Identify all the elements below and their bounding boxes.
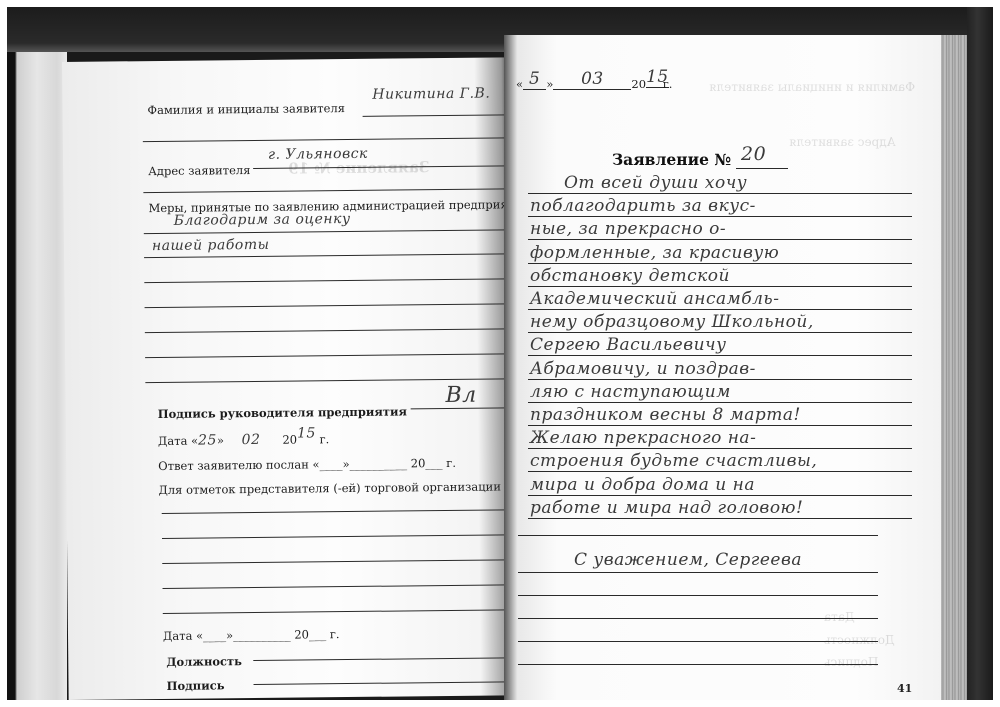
date-close-quote: »	[546, 77, 553, 91]
form-line	[528, 239, 912, 240]
statement-body-line: ные, за прекрасно о-	[530, 219, 726, 239]
form-line	[145, 353, 513, 358]
statement-body-line: Абрамовичу, и поздрав-	[530, 359, 756, 379]
trade-rep-label: Для отметок представителя (-ей) торговой…	[158, 479, 501, 497]
page-number: 41	[897, 682, 912, 695]
date-line: Дата «25» 022015 г.	[158, 431, 329, 449]
form-line	[143, 188, 511, 193]
form-line	[518, 664, 878, 665]
statement-body-line: обстановку детской	[530, 266, 730, 286]
statement-number-line	[736, 168, 788, 169]
form-line	[144, 253, 512, 258]
statement-body-line: Сергею Васильевичу	[530, 335, 727, 355]
date-suffix: г.	[320, 432, 330, 446]
applicant-name-label: Фамилия и инициалы заявителя	[147, 101, 345, 117]
scanned-book-spread: Заявление № 19 Фамилия и инициалы заявит…	[7, 7, 993, 700]
date-year-prefix: 20	[631, 77, 646, 91]
form-line	[411, 407, 514, 409]
statement-body-line: формленные, за красивую	[530, 243, 779, 263]
date-line: «5»032015г.	[516, 73, 678, 94]
applicant-address-label: Адрес заявителя	[148, 163, 250, 178]
reply-sent-label: Ответ заявителю послан «____»__________ …	[158, 456, 456, 473]
form-line	[518, 595, 878, 596]
form-line	[162, 559, 515, 564]
form-line	[528, 402, 912, 403]
form-line	[528, 355, 912, 356]
position-field-line	[253, 657, 516, 661]
closing-signature: С уважением, Сергеева	[574, 550, 802, 570]
bleed-through-label: Должность	[824, 633, 895, 647]
form-line	[528, 263, 912, 264]
form-line	[363, 114, 511, 117]
form-line	[528, 379, 912, 380]
statement-title: Заявление №	[612, 150, 731, 169]
date-month: 03	[553, 69, 631, 90]
date-day: 25	[198, 432, 217, 448]
statement-body-line: ляю с наступающим	[530, 382, 731, 402]
form-line	[528, 518, 912, 519]
statement-body-line: От всей души хочу	[564, 173, 747, 193]
date-label: Дата «	[158, 434, 198, 448]
bleed-through-label: Адрес заявителя	[789, 135, 896, 149]
statement-body-line: нему образцовому Школьной,	[530, 312, 814, 332]
measures-value-line-1: Благодарим за оценку	[174, 211, 351, 229]
form-line	[528, 216, 912, 217]
date-day: 5	[523, 69, 546, 90]
applicant-address-value: г. Ульяновск	[268, 146, 368, 163]
statement-body-line: строения будьте счастливы,	[530, 451, 817, 471]
form-line	[162, 534, 515, 539]
form-line	[528, 425, 912, 426]
book-page-edges-right	[941, 35, 967, 700]
statement-body-line: работе и мира над головою!	[530, 498, 803, 518]
date-open-quote: «	[516, 77, 523, 91]
form-line	[528, 448, 912, 449]
bleed-through-label: Фамилия и инициалы заявителя	[709, 80, 915, 94]
form-line	[528, 286, 912, 287]
form-line	[144, 278, 512, 283]
date-year-prefix: 20	[282, 433, 297, 447]
date-year-suffix: 15	[297, 425, 316, 441]
form-line	[145, 303, 513, 308]
form-line	[528, 471, 912, 472]
date-quote: »	[217, 433, 224, 447]
bleed-through-label: Подпись	[824, 655, 878, 669]
form-line	[518, 535, 878, 536]
date-month: 02	[242, 432, 261, 448]
position-label: Должность	[166, 654, 242, 669]
form-line	[518, 641, 878, 642]
form-line	[162, 509, 515, 514]
form-line	[518, 618, 878, 619]
book-page-edges-left	[7, 52, 67, 700]
form-line	[145, 328, 513, 333]
form-line	[144, 229, 512, 234]
form-line	[528, 309, 912, 310]
form-line	[143, 137, 511, 142]
form-line	[518, 572, 878, 573]
applicant-name-value: Никитина Г.В.	[372, 86, 490, 103]
signature-field-line	[254, 681, 517, 685]
statement-body-line: мира и добра дома и на	[530, 475, 755, 495]
bleed-through-label: Дата	[824, 610, 855, 624]
signature-label: Подпись	[166, 678, 224, 693]
date-suffix: г.	[663, 77, 673, 91]
measures-value-line-2: нашей работы	[152, 237, 270, 254]
form-line	[528, 193, 912, 194]
statement-body-line: Желаю прекрасного на-	[530, 428, 756, 448]
bottom-date-label: Дата «____»__________ 20___ г.	[163, 627, 340, 643]
statement-number: 20	[741, 143, 766, 165]
left-page: Заявление № 19 Фамилия и инициалы заявит…	[62, 57, 517, 700]
scanner-background-right	[967, 7, 993, 700]
form-line	[163, 609, 516, 614]
right-page: Фамилия и инициалы заявителя Адрес заяви…	[504, 35, 944, 700]
form-line	[528, 495, 912, 496]
statement-body-line: праздником весны 8 марта!	[530, 405, 801, 425]
manager-signature-value: Вл	[445, 383, 476, 408]
statement-body-line: поблагодарить за вкус-	[530, 196, 756, 216]
form-line	[528, 332, 912, 333]
statement-body-line: Академический ансамбль-	[530, 289, 779, 309]
manager-signature-label: Подпись руководителя предприятия	[158, 404, 407, 421]
form-line	[163, 584, 516, 589]
